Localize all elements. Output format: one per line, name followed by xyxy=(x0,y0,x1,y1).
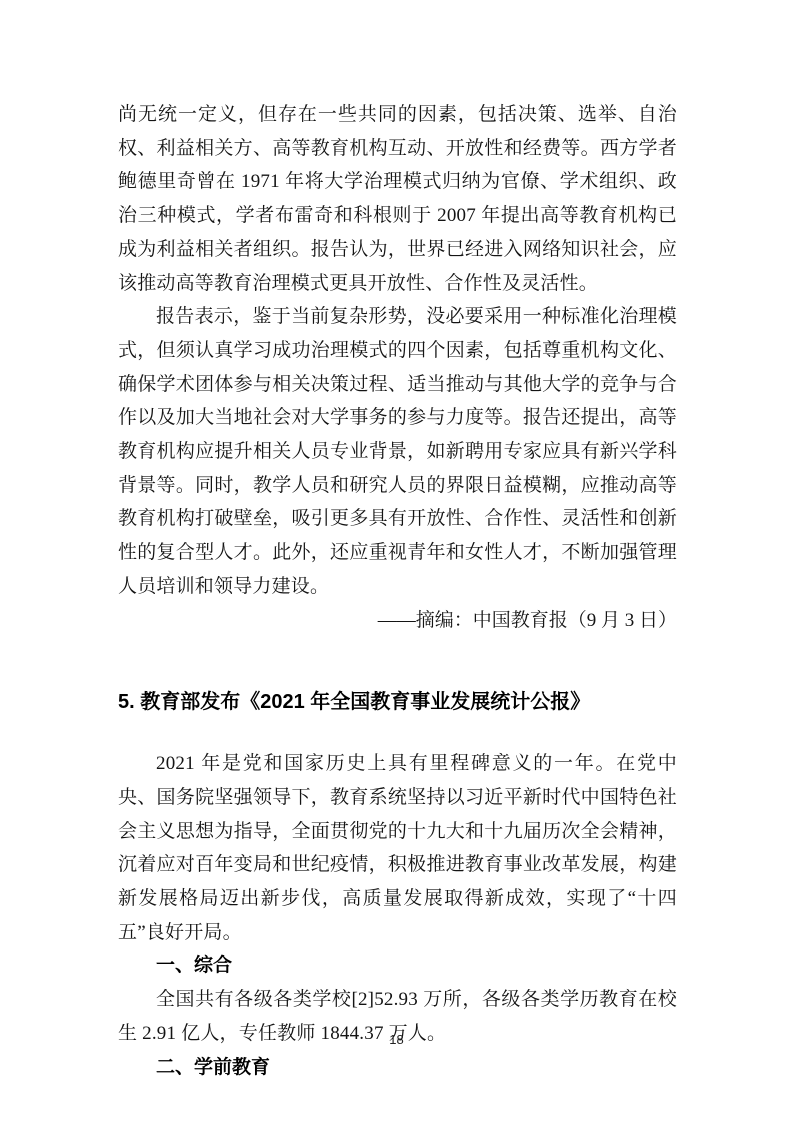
page-number: 18 xyxy=(0,1032,793,1047)
section-5-intro-paragraph: 2021 年是党和国家历史上具有里程碑意义的一年。在党中央、国务院坚强领导下，教… xyxy=(118,747,677,949)
paragraph-report-statement: 报告表示，鉴于当前复杂形势，没必要采用一种标准化治理模式，但须认真学习成功治理模… xyxy=(118,300,677,603)
paragraph-continued-from-previous-page: 尚无统一定义，但存在一些共同的因素，包括决策、选举、自治权、利益相关方、高等教育… xyxy=(118,98,677,300)
section-5-heading: 5. 教育部发布《2021 年全国教育事业发展统计公报》 xyxy=(118,685,677,719)
source-attribution: ——摘编：中国教育报（9 月 3 日） xyxy=(118,604,677,638)
document-page: 尚无统一定义，但存在一些共同的因素，包括决策、选举、自治权、利益相关方、高等教育… xyxy=(0,0,793,1122)
subsection-1-heading: 一、综合 xyxy=(118,949,677,983)
subsection-2-heading: 二、学前教育 xyxy=(118,1051,677,1085)
